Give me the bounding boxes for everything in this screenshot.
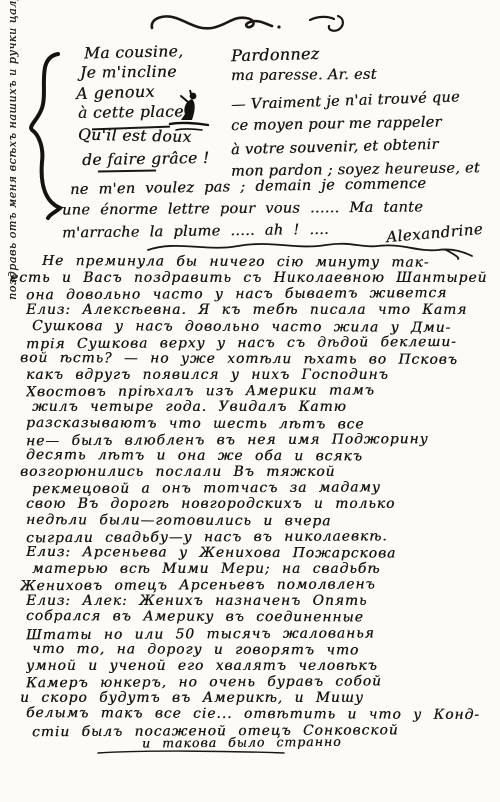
manuscript-line: свою Въ дорогѣ новгородскихъ и только [26,496,500,512]
manuscript-line: Сушкова у насъ довольно часто жила у Дми… [32,318,500,336]
margin-brace-icon [20,50,64,220]
manuscript-line: жилъ четыре года. Увидалъ Катю [32,399,500,415]
french-verse-line: Ma cousine, [84,40,210,63]
manuscript-line: разсказываютъ что шесть лѣтъ все [26,415,500,433]
manuscript-line: умной и ученой его хвалятъ человѣкъ [26,658,500,674]
manuscript-line: Елиз: Алек: Женихъ назначенъ Опять [26,593,500,609]
manuscript-line: Камеръ юнкеръ, но очень буравъ собой [26,673,500,692]
manuscript-line: какъ вдругъ появился у нихъ Господинъ [26,367,500,383]
underline-mark-icon [96,748,286,756]
french-note-line: ma paresse. Ar. est [231,63,480,88]
french-verse-block: Ma cousine,Je m'inclineA genouxà cette p… [84,42,209,169]
underline-mark [98,169,156,172]
manuscript-line: белымъ такъ все сіе... отвѣтить и что у … [26,705,500,723]
french-closing-block: ne m'en voulez pas ; demain je commenceu… [62,176,426,242]
manuscript-line: есть и Васъ поздравить съ Николаевною Ша… [10,270,500,286]
french-verse-line: à cette place ! [78,101,210,123]
french-verse-line: de faire grâce ! [82,148,210,170]
french-note-block: Pardonnezma paresse. Ar. est— Vraiment j… [231,41,480,182]
manuscript-line: вой ѣсть? — но уже хотѣли ѣхать во Псков… [20,350,500,368]
manuscript-line: рекмецовой а онъ тотчасъ за мадаму [32,479,500,498]
manuscript-line: и скоро будутъ въ Америкѣ, и Мишу [20,690,500,706]
manuscript-line: десять лѣтъ и она же оба и всякъ [26,447,500,465]
manuscript-line: Хвостовъ пріѣхалъ изъ Америки тамъ [26,382,500,401]
manuscript-line: она довольно часто у насъ бываетъ живетс… [26,285,500,304]
russian-body: Не преминула бы ничего сію минуту так-ес… [26,254,500,750]
manuscript-line: что то, на дорогу и говорятъ что [32,641,500,659]
manuscript-line: матерью всѣ Мими Мери; на свадьбѣ [32,561,500,577]
french-verse-line: Je m'incline [80,61,210,82]
manuscript-line: Елиз: Алексѣевна. Я къ тебѣ писала что К… [26,302,500,318]
manuscript-line: собрался въ Америку въ соединенные [26,608,500,626]
manuscript-line: Не преминула бы ничего сію минуту так- [42,253,500,271]
manuscript-line: Штаты но или 50 тысячъ жалованья [26,624,500,643]
manuscript-line: Жениховъ отецъ Арсеньевъ помолвленъ [20,576,500,595]
top-flourish-icon [148,6,358,40]
manuscript-page: поздравь отъ меня всѣхъ нашихъ и ручки ц… [0,0,500,802]
manuscript-line: недѣли были—готовились и вчера [26,511,500,529]
manuscript-line: сыграли свадьбу—у насъ въ николаевкѣ. [26,527,500,546]
manuscript-line: возгорюнились послали Въ тяжкой [20,464,500,480]
manuscript-line: Елиз: Арсеньева у Женихова Пожарскова [26,544,500,562]
